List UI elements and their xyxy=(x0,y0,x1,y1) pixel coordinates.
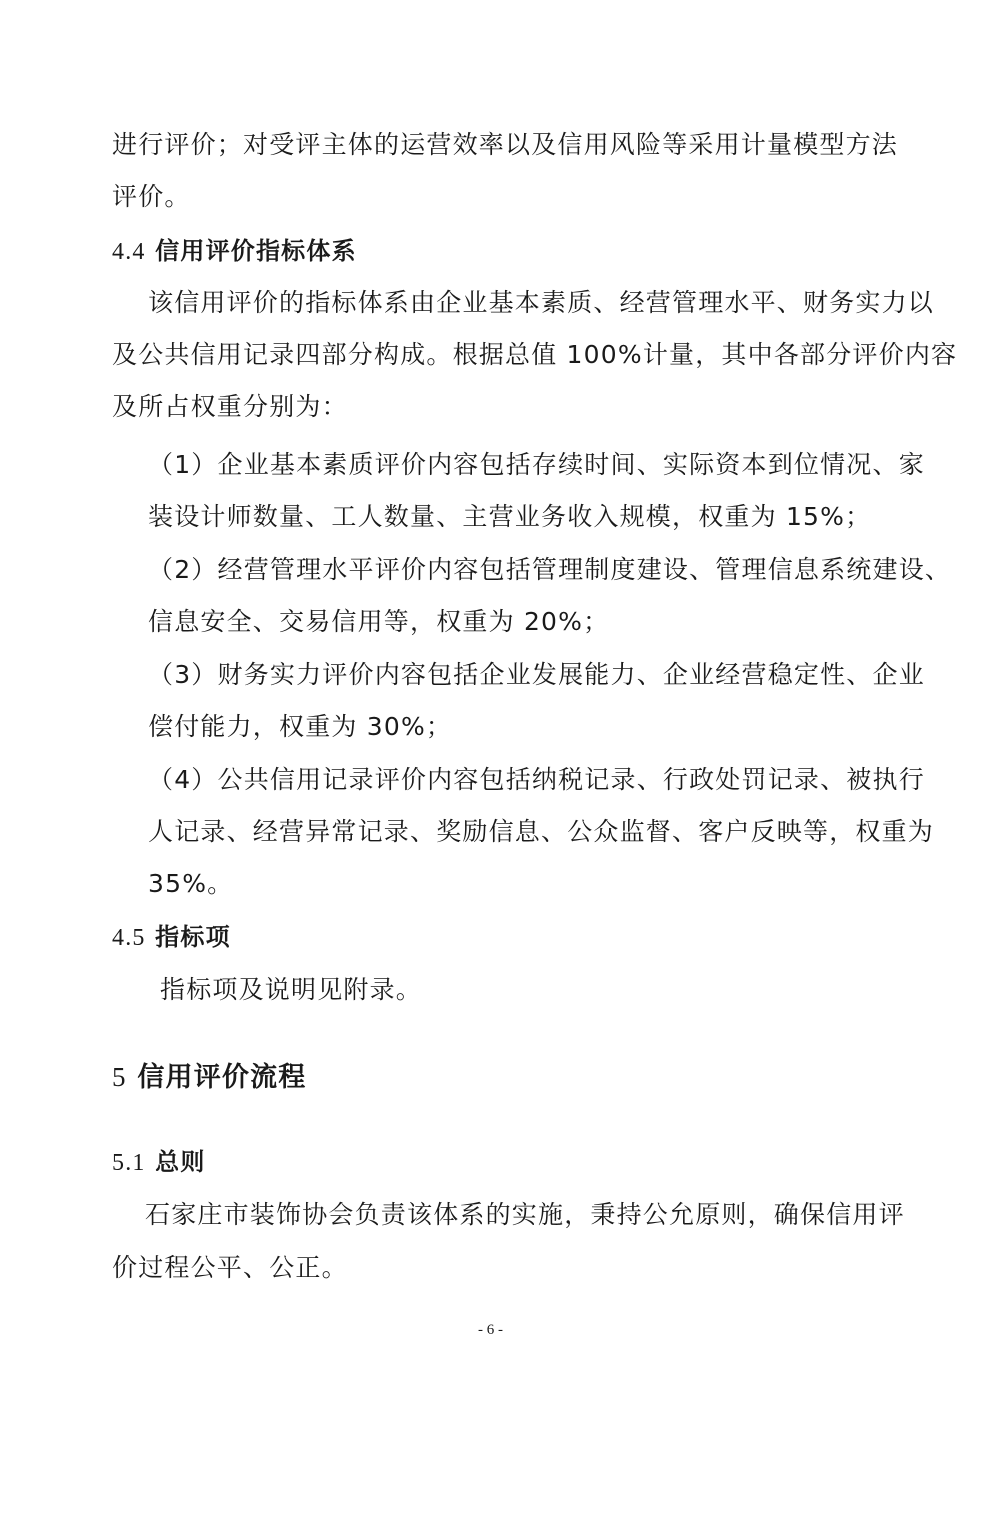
paragraph-line: 石家庄市装饰协会负责该体系的实施，秉持公允原则，确保信用评 xyxy=(145,1200,905,1230)
list-item-2-cont: 信息安全、交易信用等，权重为 20%； xyxy=(148,607,609,637)
section-number: 4.4 xyxy=(112,239,146,265)
paragraph-line: 进行评价；对受评主体的运营效率以及信用风险等采用计量模型方法 xyxy=(112,130,898,160)
paragraph-line: 及所占权重分别为： xyxy=(112,392,348,422)
paragraph-line: 评价。 xyxy=(112,182,191,212)
section-number: 4.5 xyxy=(112,925,146,951)
section-number: 5.1 xyxy=(112,1150,146,1176)
section-title: 指标项 xyxy=(155,923,231,951)
list-item-1: （1）企业基本素质评价内容包括存续时间、实际资本到位情况、家 xyxy=(148,450,925,480)
paragraph-line: 指标项及说明见附录。 xyxy=(160,975,422,1005)
page-number: - 6 - xyxy=(478,1322,503,1339)
section-title: 总则 xyxy=(155,1148,205,1176)
list-item-3: （3）财务实力评价内容包括企业发展能力、企业经营稳定性、企业 xyxy=(148,660,925,690)
section-title: 信用评价指标体系 xyxy=(155,237,357,265)
list-item-4: （4）公共信用记录评价内容包括纳税记录、行政处罚记录、被执行 xyxy=(148,765,925,795)
paragraph-line: 该信用评价的指标体系由企业基本素质、经营管理水平、财务实力以 xyxy=(148,288,934,318)
list-item-4-cont: 人记录、经营异常记录、奖励信息、公众监督、客户反映等，权重为 xyxy=(148,817,934,847)
section-heading-5: 5 信用评价流程 xyxy=(112,1062,307,1093)
list-item-2: （2）经营管理水平评价内容包括管理制度建设、管理信息系统建设、 xyxy=(148,555,951,585)
section-title: 信用评价流程 xyxy=(137,1062,306,1093)
paragraph-line: 及公共信用记录四部分构成。根据总值 100%计量，其中各部分评价内容 xyxy=(112,340,957,370)
paragraph-line: 价过程公平、公正。 xyxy=(112,1253,348,1283)
section-heading-4-5: 4.5 指标项 xyxy=(112,922,231,953)
list-item-1-cont: 装设计师数量、工人数量、主营业务收入规模，权重为 15%； xyxy=(148,502,871,532)
list-item-3-cont: 偿付能力，权重为 30%； xyxy=(148,712,452,742)
list-item-4-cont: 35%。 xyxy=(148,869,233,899)
section-heading-5-1: 5.1 总则 xyxy=(112,1147,206,1178)
section-number: 5 xyxy=(112,1062,127,1092)
section-heading-4-4: 4.4 信用评价指标体系 xyxy=(112,236,357,267)
